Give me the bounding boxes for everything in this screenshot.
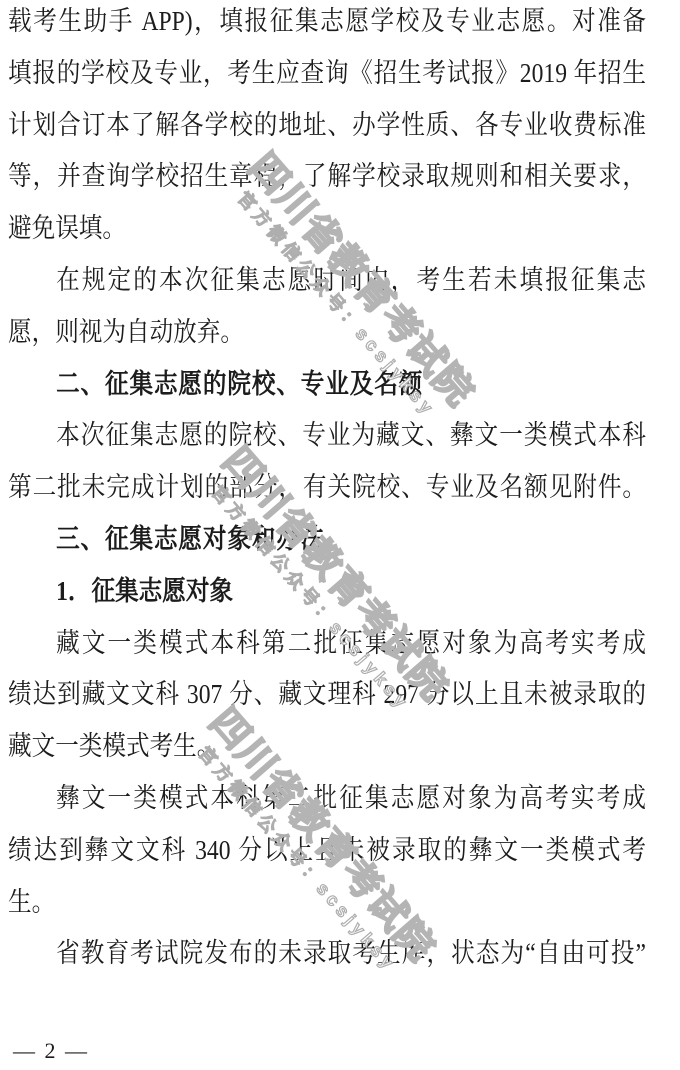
sub-heading: 1．征集志愿对象 <box>8 566 646 618</box>
text-line: 愿，则视为自动放弃。 <box>8 307 646 359</box>
text-line: 等，并查询学校招生章程，了解学校录取规则和相关要求， <box>8 151 646 203</box>
text-line: 绩达到藏文文科 307 分、藏文理科 297 分以上且未被录取的 <box>8 669 646 721</box>
text-line: 省教育考试院发布的未录取考生库，状态为“自由可投” <box>8 928 646 980</box>
text-line: 填报的学校及专业，考生应查询《招生考试报》2019 年招生 <box>8 48 646 100</box>
page-number: — 2 — <box>13 1038 89 1064</box>
document-text-block: 载考生助手 APP)，填报征集志愿学校及专业志愿。对准备填报的学校及专业，考生应… <box>8 0 646 980</box>
text-line: 绩达到彝文文科 340 分以上且未被录取的彝文一类模式考 <box>8 825 646 877</box>
text-line: 在规定的本次征集志愿时间内，考生若未填报征集志 <box>8 255 646 307</box>
text-line: 藏文一类模式本科第二批征集志愿对象为高考实考成 <box>8 618 646 670</box>
text-line: 藏文一类模式考生。 <box>8 721 646 773</box>
text-line: 生。 <box>8 877 646 929</box>
document-page: 载考生助手 APP)，填报征集志愿学校及专业志愿。对准备填报的学校及专业，考生应… <box>0 0 680 1070</box>
text-line: 第二批未完成计划的部分，有关院校、专业及名额见附件。 <box>8 462 646 514</box>
text-line: 避免误填。 <box>8 203 646 255</box>
text-line: 载考生助手 APP)，填报征集志愿学校及专业志愿。对准备 <box>8 0 646 48</box>
text-line: 本次征集志愿的院校、专业为藏文、彝文一类模式本科 <box>8 410 646 462</box>
text-line: 彝文一类模式本科第二批征集志愿对象为高考实考成 <box>8 773 646 825</box>
section-heading: 三、征集志愿对象和办法 <box>8 514 646 566</box>
section-heading: 二、征集志愿的院校、专业及名额 <box>8 359 646 411</box>
text-line: 计划合订本了解各学校的地址、办学性质、各专业收费标准 <box>8 100 646 152</box>
